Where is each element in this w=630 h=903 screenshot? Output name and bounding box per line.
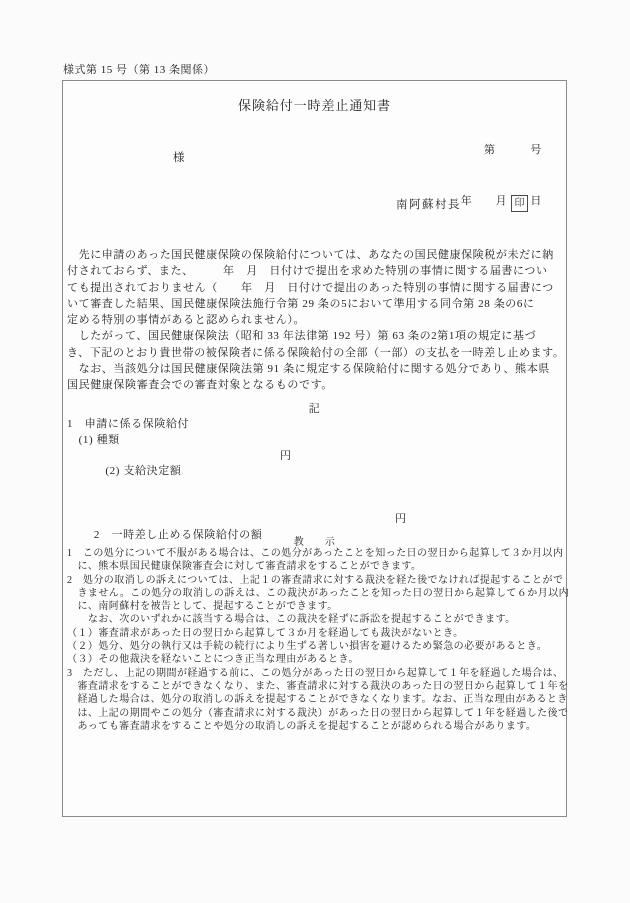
seal-placeholder-box: 印 <box>511 195 528 212</box>
issuer-row: 南阿蘇村長 印 <box>63 196 566 214</box>
instruction-section: 1 この処分について不服がある場合は、この処分があったことを知った日の翌日から起… <box>67 547 566 733</box>
record-item-1-2-label: (2) 支給決定額 <box>94 465 182 477</box>
addressee-honorific: 様 <box>173 149 185 165</box>
instruction-line: なお、次のいずれかに該当する場合は、この裁決を経ずに訴訟を提起することができます… <box>67 613 566 626</box>
instruction-line: きません。この処分の取消しの訴えは、この裁決があったことを知った日の翌日から起算… <box>67 587 566 600</box>
instruction-line: 3 ただし、上記の期間が経過する前に、この処分があった日の翌日から起算して１年を… <box>67 667 566 680</box>
instruction-line: 経過した場合は、処分の取消しの訴えを提起することができなくなります。なお、正当な… <box>67 693 566 706</box>
seal-mark: 印 <box>515 198 525 209</box>
header-number-date: 第 号 年 月 日 <box>63 108 566 244</box>
body-line: いて審査した結果、国民健康保険法施行令第 29 条の5において準用する同令第 2… <box>67 296 564 312</box>
instruction-line: （２）処分、処分の執行又は手続の続行により生ずる著しい損害を避けるため緊急の必要… <box>67 640 566 653</box>
issuer-title: 南阿蘇村長 <box>396 196 461 212</box>
yen-unit-label: 円 <box>395 512 406 528</box>
body-line: 先に申請のあった国民健康保険の保険給付については、あなたの国民健康保険税が未だに… <box>67 247 564 263</box>
instruction-line: 審査請求をすることができなくなり、また、審査請求に対する裁決のあった日の翌日から… <box>67 680 566 693</box>
instruction-line: （３）その他裁決を経ないことにつき正当な理由があるとき。 <box>67 653 566 666</box>
record-section-heading: 記 <box>63 400 566 416</box>
instruction-section-heading: 教 示 <box>63 533 566 548</box>
instruction-line: 2 処分の取消しの訴えについては、上記１の審査請求に対する裁決を経た後でなければ… <box>67 574 566 587</box>
instruction-line: 1 この処分について不服がある場合は、この処分があったことを知った日の翌日から起… <box>67 547 566 560</box>
instruction-line: に、南阿蘇村を被告として、提起することができます。 <box>67 600 566 613</box>
body-line: 付されておらず、また、 年 月 日付けで提出を求めた特別の事情に関する届書につい <box>67 263 564 279</box>
document-page: 様式第 15 号（第 13 条関係） 保険給付一時差止通知書 第 号 年 月 日… <box>0 0 630 903</box>
body-line: 国民健康保険審査会での審査対象となるものです。 <box>67 377 564 393</box>
record-item-1: 1 申請に係る保険給付 <box>67 417 564 433</box>
body-line: 定める特別の事情があると認められません）。 <box>67 312 564 328</box>
body-line: き、下記のとおり貴世帯の被保険者に係る保険給付の全部（一部）の支払を一時差し止め… <box>67 345 564 361</box>
body-line: ても提出されておりません（ 年 月 日付けで提出のあった特別の事情に関する届書に… <box>67 280 564 296</box>
yen-unit-label: 円 <box>280 449 291 465</box>
body-text: 先に申請のあった国民健康保険の保険給付については、あなたの国民健康保険税が未だに… <box>67 247 564 394</box>
form-number-label: 様式第 15 号（第 13 条関係） <box>63 61 215 78</box>
instruction-line: （１）審査請求があった日の翌日から起算して３か月を経過しても裁決がないとき。 <box>67 627 566 640</box>
notice-frame: 保険給付一時差止通知書 第 号 年 月 日 様 南阿蘇村長 印 先に申請のあった… <box>62 80 567 817</box>
body-line: したがって、国民健康保険法（昭和 33 年法律第 192 号）第 63 条の2第… <box>67 328 564 344</box>
record-item-1-2: (2) 支給決定額 円 <box>67 449 564 512</box>
instruction-line: あっても審査請求をすることや処分の取消しの訴えを提起することが認められる場合があ… <box>67 720 566 733</box>
instruction-line: は、上記の期間やこの処分（審査請求に対する裁決）があった日の翌日から起算して１年… <box>67 707 566 720</box>
instruction-line: に、熊本県国民健康保険審査会に対して審査請求をすることができます。 <box>67 560 566 573</box>
body-line: なお、当該処分は国民健康保険法第 91 条に規定する保険給付に関する処分であり、… <box>67 361 564 377</box>
record-item-1-1: (1) 種類 <box>67 433 564 449</box>
document-number-line: 第 号 <box>63 142 542 159</box>
